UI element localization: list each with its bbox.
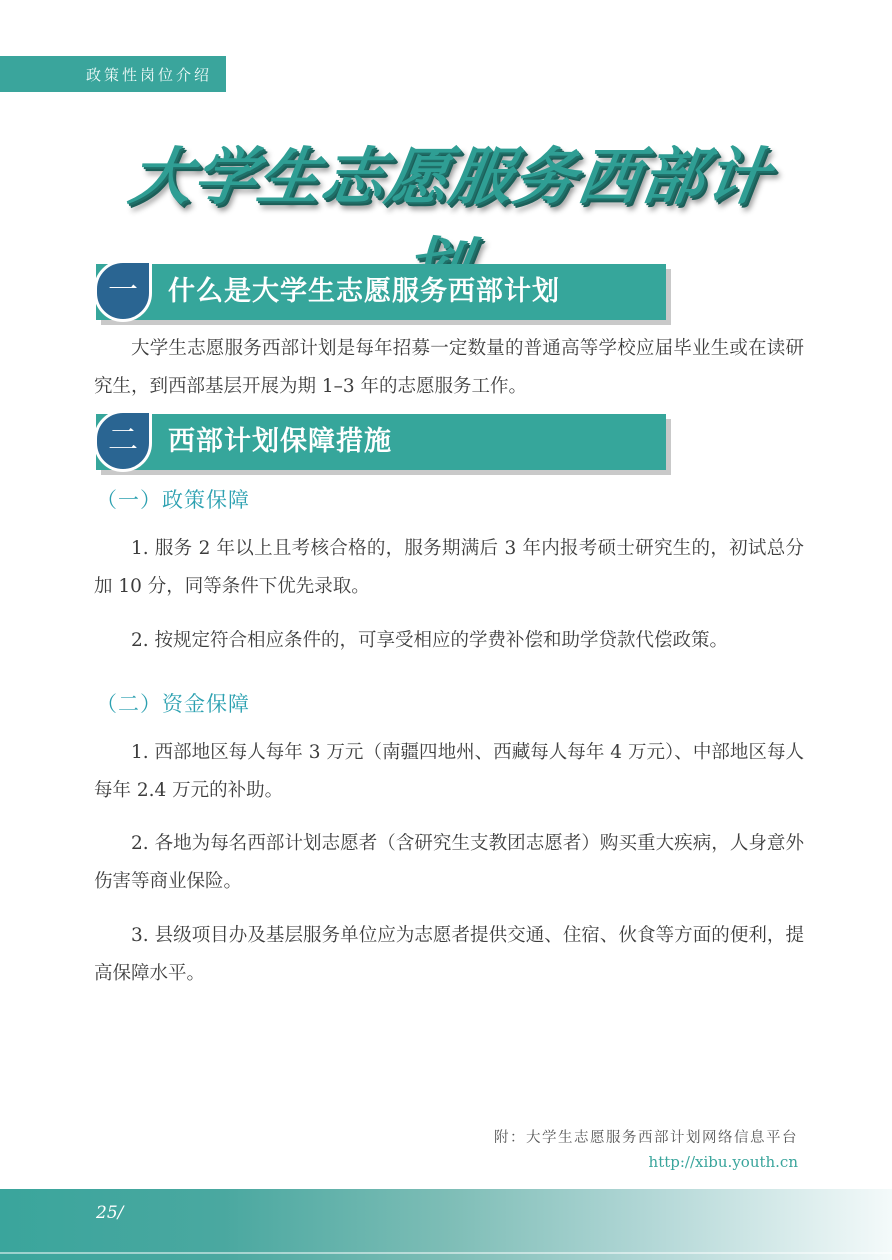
section-number-badge: 二 <box>94 410 152 472</box>
intro-paragraph: 大学生志愿服务西部计划是每年招募一定数量的普通高等学校应届毕业生或在读研究生，到… <box>94 330 804 406</box>
list-item: 1. 西部地区每人每年 3 万元（南疆四地州、西藏每人每年 4 万元）、中部地区… <box>94 734 804 810</box>
section-header-2: 二 西部计划保障措施 <box>96 414 666 470</box>
list-item: 3. 县级项目办及基层服务单位应为志愿者提供交通、住宿、伙食等方面的便利，提高保… <box>94 917 804 993</box>
section-number: 一 <box>108 276 138 306</box>
footer-band: 25/ <box>0 1189 892 1260</box>
footnote-label: 附：大学生志愿服务西部计划网络信息平台 <box>494 1130 798 1146</box>
page-title: 大学生志愿服务西部计划 <box>94 132 807 222</box>
platform-link[interactable]: http://xibu.youth.cn <box>494 1153 798 1171</box>
page-number: 25/ <box>96 1203 123 1223</box>
list-item: 2. 按规定符合相应条件的，可享受相应的学费补偿和助学贷款代偿政策。 <box>94 622 804 660</box>
section-title: 西部计划保障措施 <box>168 414 392 470</box>
section-number-badge: 一 <box>94 260 152 322</box>
section-title: 什么是大学生志愿服务西部计划 <box>168 264 560 320</box>
divider <box>0 1252 892 1254</box>
category-tab-label: 政策性岗位介绍 <box>86 64 212 85</box>
list-item: 2. 各地为每名西部计划志愿者（含研究生支教团志愿者）购买重大疾病，人身意外伤害… <box>94 825 804 901</box>
list-item: 1. 服务 2 年以上且考核合格的，服务期满后 3 年内报考硕士研究生的，初试总… <box>94 530 804 606</box>
subheading-funding: （二）资金保障 <box>96 688 250 718</box>
section-header-1: 一 什么是大学生志愿服务西部计划 <box>96 264 666 320</box>
category-tab: 政策性岗位介绍 <box>0 56 226 92</box>
section-number: 二 <box>108 426 138 456</box>
footnote: 附：大学生志愿服务西部计划网络信息平台 http://xibu.youth.cn <box>494 1126 798 1171</box>
subheading-policy: （一）政策保障 <box>96 484 250 514</box>
